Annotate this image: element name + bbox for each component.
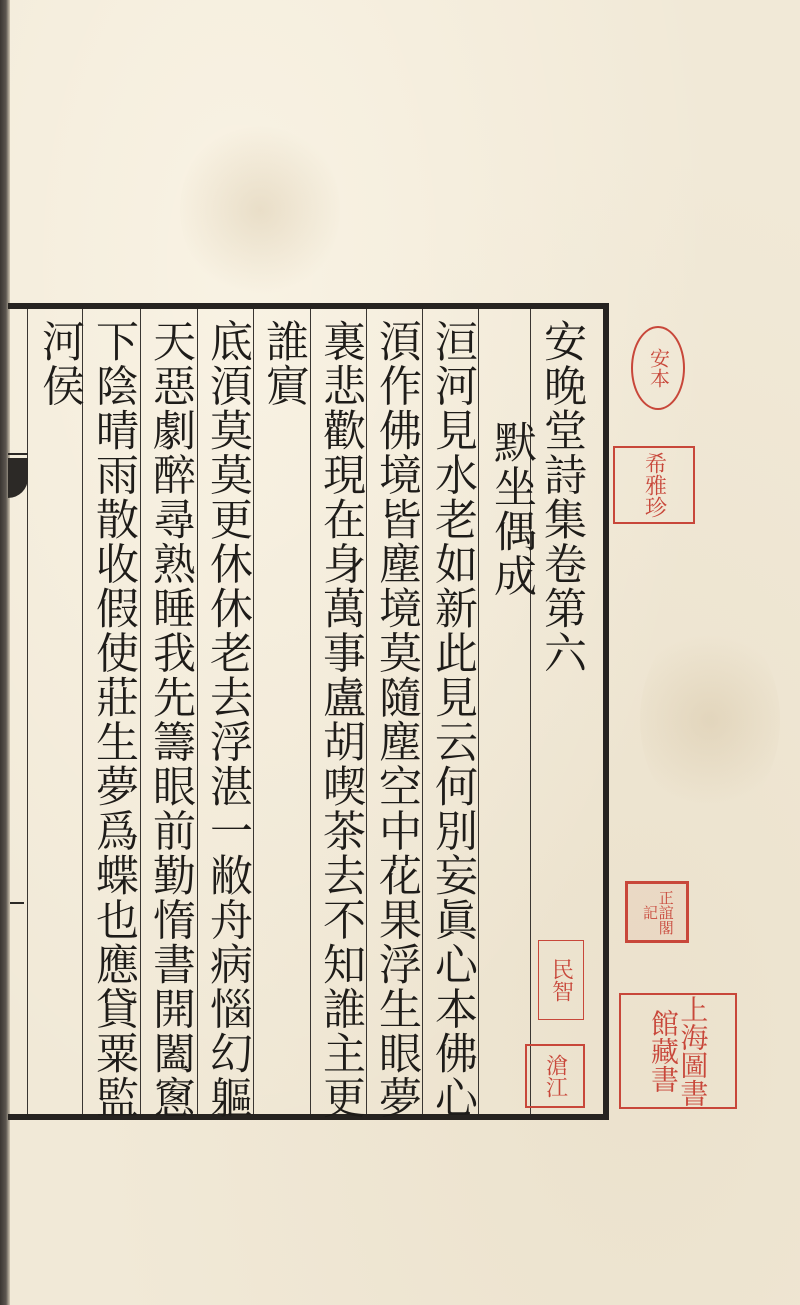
column-rule [253, 309, 254, 1114]
small-square-seal: 正誼閣記 [625, 881, 689, 943]
seal-text: 希雅珍 [642, 452, 665, 518]
poem-column-8: 河侯 [35, 319, 85, 408]
margin-tick-mark [10, 902, 24, 904]
column-rule [140, 309, 141, 1114]
seal-text: 正誼閣記 [641, 884, 673, 940]
library-seal: 上海圖書館藏書 [619, 993, 737, 1109]
poem-column-6: 天惡劇醉尋熟睡我先籌眼前勤惰書開闔窻 [146, 319, 196, 1120]
poem-column-5: 底湏莫莫更休休老去浮湛一敝舟病惱幻軀 [203, 319, 253, 1120]
seal-text: 上海圖書館藏書 [649, 995, 708, 1107]
column-rule [366, 309, 367, 1114]
column-rule [82, 309, 83, 1114]
seal-text: 滄江 [543, 1054, 566, 1098]
column-rule [310, 309, 311, 1114]
poem-column-7: 下陰晴雨散收假使莊生夢爲蝶也應貸粟監 [89, 319, 139, 1120]
seal-text: 民智 [549, 958, 572, 1002]
column-rule [27, 309, 28, 1114]
column-rule [197, 309, 198, 1114]
fish-tail-rule [8, 453, 28, 455]
column-rule [422, 309, 423, 1114]
paper-stain [180, 120, 340, 300]
column-rule [478, 309, 479, 1114]
inner-seal-lower: 滄江 [525, 1044, 585, 1108]
square-seal-upper-right: 希雅珍 [613, 446, 695, 524]
poem-column-4: 誰賔 [259, 319, 309, 408]
poem-title: 默坐偶成 [487, 420, 537, 598]
book-volume-title: 安晚堂詩集卷第六 [537, 319, 587, 675]
seal-text: 安本 [648, 348, 669, 388]
poem-column-1: 洹河見水老如新此見云何別妄眞心本佛心 [428, 319, 478, 1120]
poem-column-3: 裏悲歡現在身萬事盧胡喫茶去不知誰主更 [316, 319, 366, 1120]
inner-seal-upper: 民智 [538, 940, 584, 1020]
paper-stain [640, 620, 780, 820]
poem-column-2: 湏作佛境皆塵境莫隨塵空中花果浮生眼夢 [372, 319, 422, 1120]
oval-seal: 安本 [631, 326, 685, 410]
